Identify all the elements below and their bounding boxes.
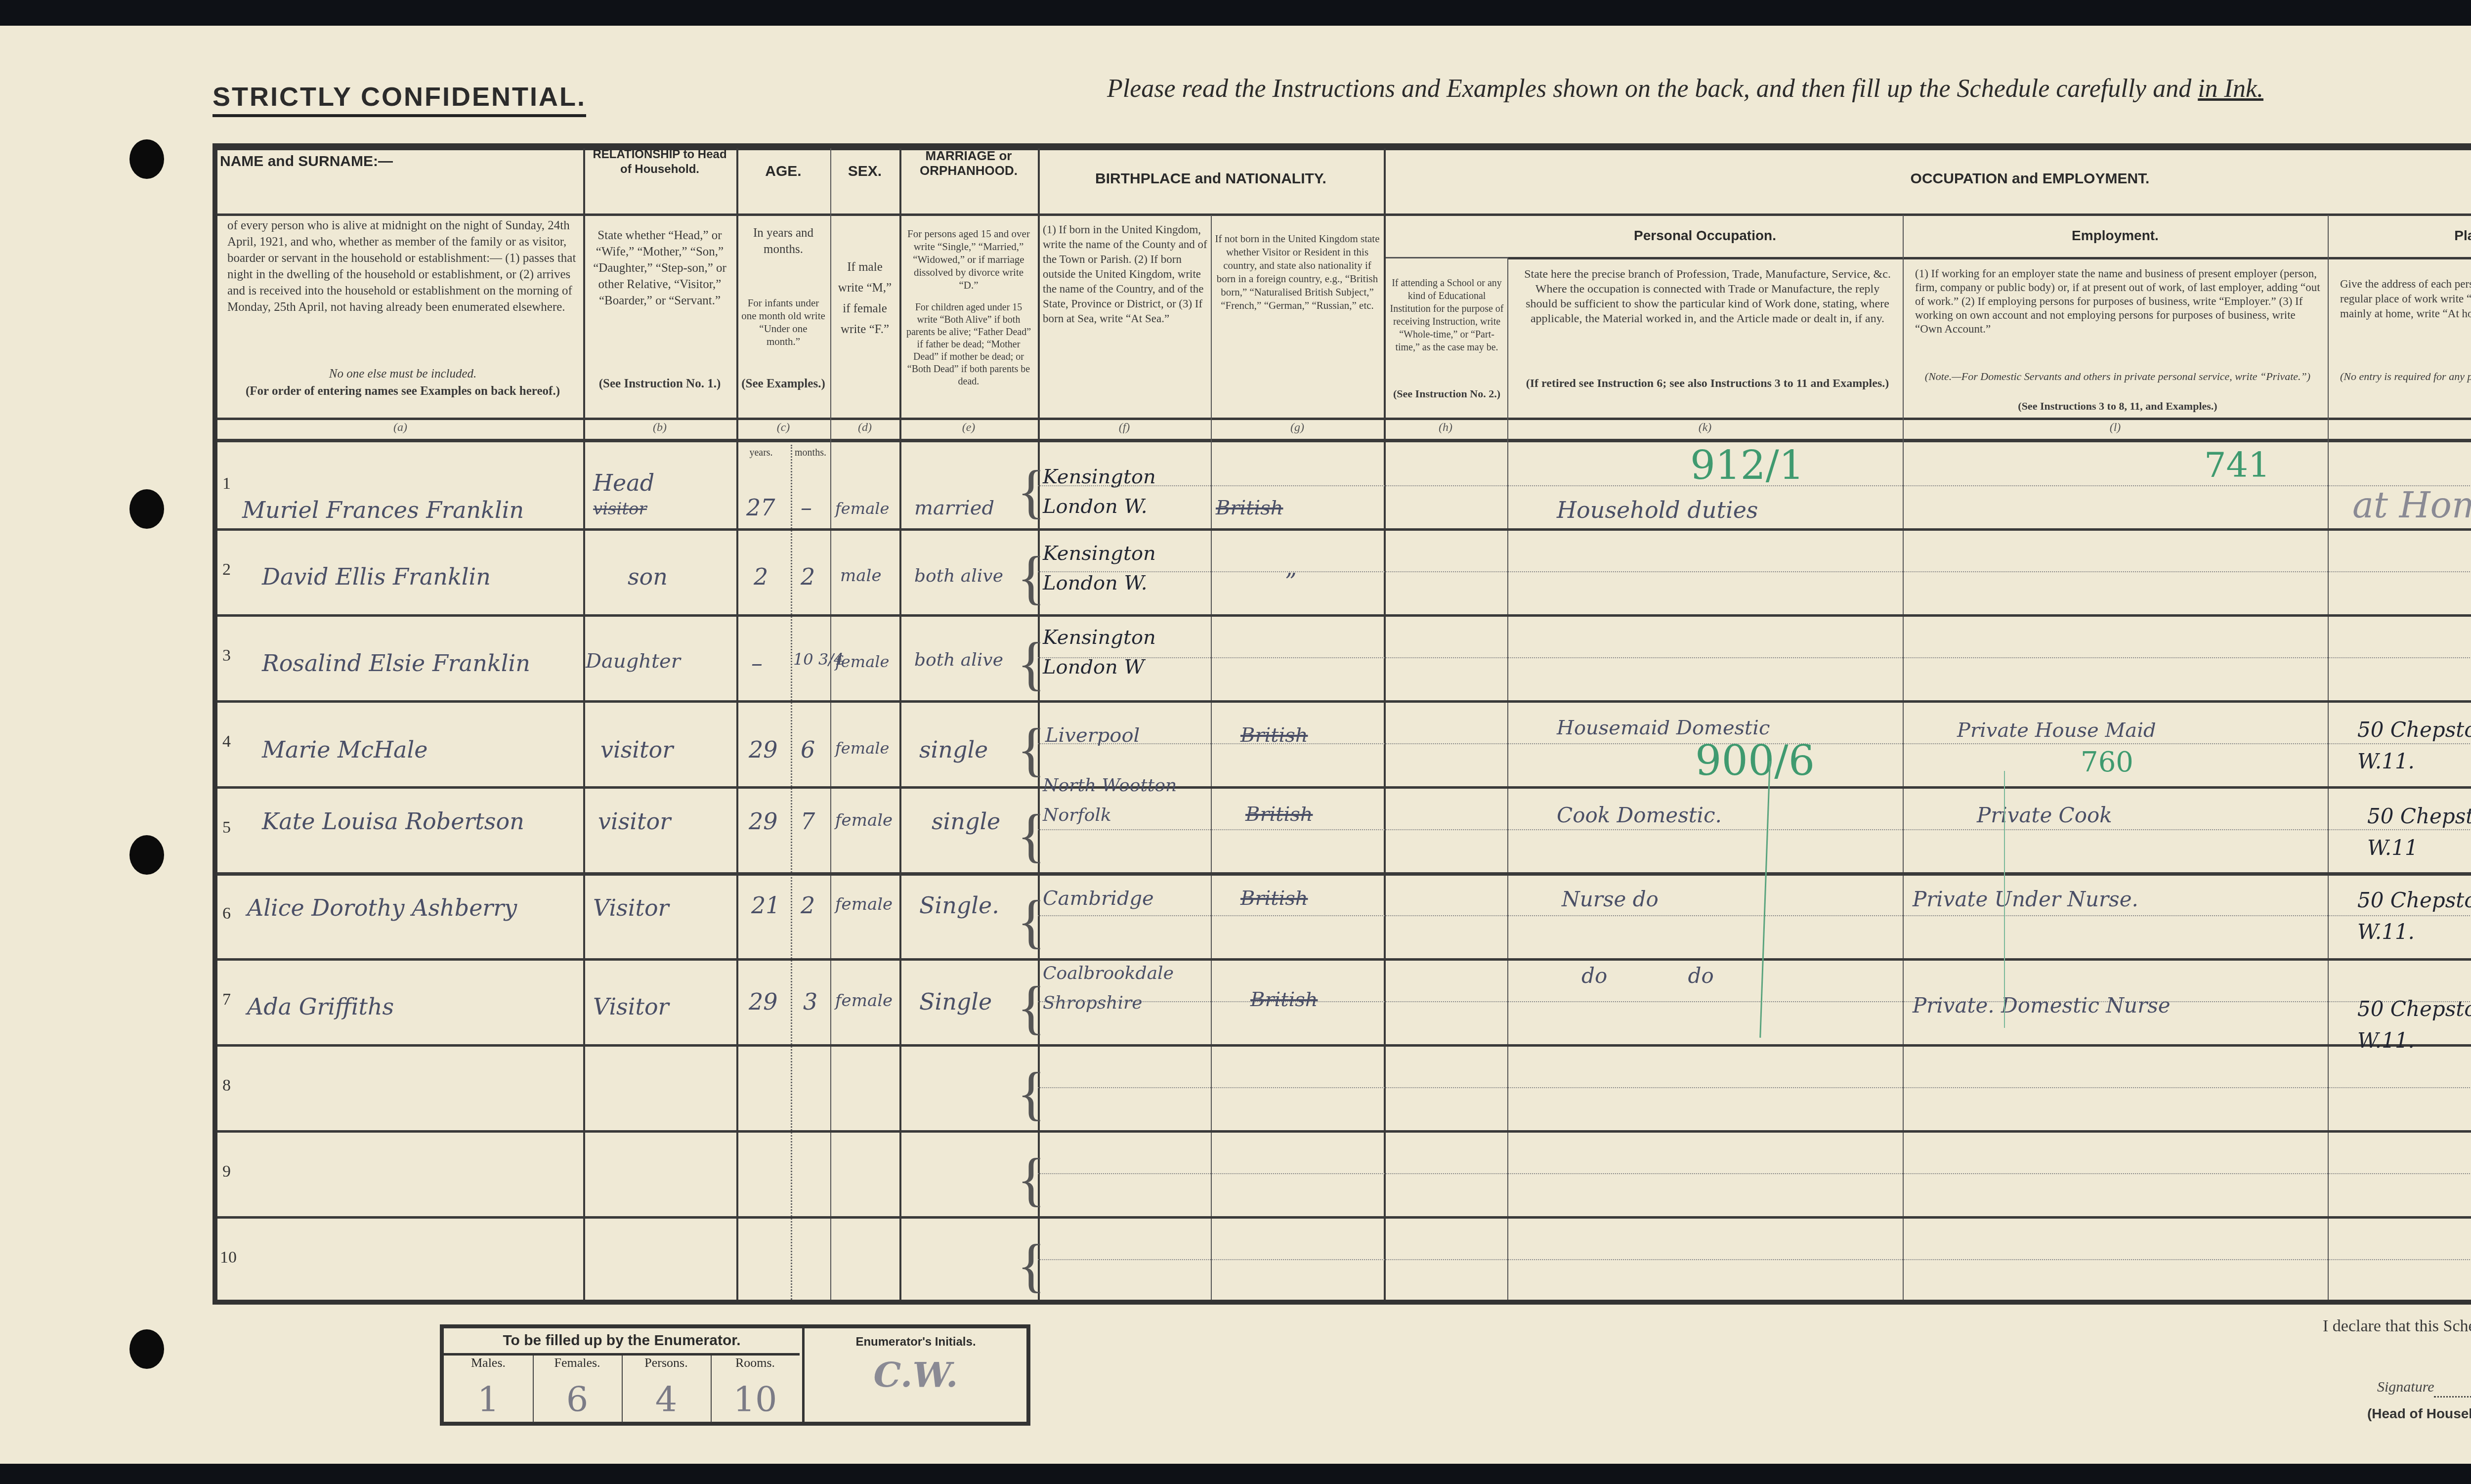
col-letter-b: (b): [583, 421, 736, 434]
age-years[interactable]: –: [751, 650, 763, 677]
row-number: 4: [222, 732, 231, 751]
nationality-struck: British: [1245, 803, 1313, 826]
relationship[interactable]: Daughter: [586, 650, 681, 673]
person-name[interactable]: David Ellis Franklin: [262, 563, 491, 590]
header-employment-foot: (See Instructions 3 to 8, 11, and Exampl…: [1915, 398, 2320, 414]
females-cell: Females.6: [533, 1356, 623, 1422]
relationship[interactable]: Visitor: [593, 993, 669, 1020]
header-relationship-body: State whether “Head,” or “Wife,” “Mother…: [588, 227, 731, 309]
occupation-code: 900/6: [1695, 736, 1815, 785]
header-name-foot: (For order of entering names see Example…: [227, 383, 578, 399]
employment[interactable]: Private Under Nurse.: [1913, 887, 2138, 911]
sex[interactable]: female: [835, 652, 889, 671]
age-years[interactable]: 2: [754, 563, 768, 590]
place-of-work[interactable]: at Home: [2352, 484, 2471, 526]
header-divider: [217, 418, 2471, 420]
header-employment: Employment.: [1905, 227, 2325, 244]
occupation[interactable]: Cook Domestic.: [1557, 803, 1722, 827]
col-letter-e: (e): [899, 421, 1038, 434]
employment-code: 760: [2081, 746, 2133, 778]
nationality-struck: British: [1250, 988, 1318, 1011]
header-personal-occupation-body: State here the precise branch of Profess…: [1522, 267, 1893, 326]
males-cell: Males.1: [444, 1356, 534, 1422]
sex[interactable]: female: [835, 991, 893, 1011]
header-personal-occupation: Personal Occupation.: [1510, 227, 1900, 244]
age-years[interactable]: 29: [749, 808, 778, 835]
sex[interactable]: female: [835, 499, 889, 518]
col-letter-a: (a): [217, 421, 583, 434]
marriage[interactable]: single: [932, 808, 1000, 835]
rooms-cell: Rooms.10: [711, 1356, 800, 1422]
header-marriage-note: For children aged under 15 write “Both A…: [904, 301, 1033, 388]
person-name[interactable]: Muriel Frances Franklin: [242, 497, 524, 523]
header-birthplace-body: (1) If born in the United Kingdom, write…: [1043, 222, 1208, 326]
person-name[interactable]: Marie McHale: [262, 736, 427, 763]
punch-hole: [129, 835, 164, 875]
col-divider: [830, 148, 831, 1300]
marriage[interactable]: married: [914, 497, 994, 519]
person-name[interactable]: Kate Louisa Robertson: [262, 808, 524, 835]
header-divider: [217, 213, 1038, 216]
persons-cell: Persons.4: [622, 1356, 712, 1422]
brace-mark: {: [1017, 720, 1046, 779]
sex[interactable]: female: [835, 894, 893, 914]
punch-hole: [129, 139, 164, 179]
header-divider: [1507, 257, 2471, 259]
header-name-body: of every person who is alive at midnight…: [227, 217, 578, 315]
age-months-label: months.: [791, 445, 830, 461]
col-letter-f: (f): [1038, 421, 1211, 434]
header-relationship-foot: (See Instruction No. 1.): [588, 376, 731, 392]
age-months[interactable]: 2: [801, 563, 815, 590]
employment[interactable]: Private Cook: [1977, 803, 2112, 827]
header-sex: SEX.: [833, 163, 897, 180]
occupation[interactable]: Household duties: [1557, 497, 1758, 523]
col-divider: [736, 148, 738, 1300]
age-years-label: years.: [739, 445, 783, 461]
place-of-work[interactable]: 50 Chepstow Villas London W.11.: [2357, 993, 2471, 1057]
age-months[interactable]: –: [801, 494, 812, 521]
header-personal-occupation-foot: (If retired see Instruction 6; see also …: [1522, 376, 1893, 392]
header-school-foot: (See Instruction No. 2.): [1389, 385, 1505, 402]
row-divider: [217, 1130, 2471, 1133]
header-occupation: OCCUPATION and EMPLOYMENT.: [1386, 170, 2471, 187]
row-number: 7: [222, 990, 231, 1009]
relationship[interactable]: Head: [593, 469, 654, 496]
person-name[interactable]: Ada Griffiths: [247, 993, 394, 1020]
enumerator-totals-box: To be filled up by the Enumerator. Males…: [440, 1324, 1030, 1426]
header-employment-body: (1) If working for an employer state the…: [1915, 267, 2320, 336]
header-bottom-rule: [217, 439, 2471, 442]
occupation[interactable]: Nurse do: [1562, 887, 1659, 911]
age-months[interactable]: 3: [803, 988, 817, 1015]
birthplace[interactable]: North Wootton Norfolk: [1043, 771, 1206, 830]
row-number: 10: [220, 1248, 237, 1267]
place-of-work[interactable]: 50 Chepstow Villas London W.11.: [2357, 714, 2471, 777]
place-of-work[interactable]: 50 Chepstow Villas London W.11.: [2357, 885, 2471, 948]
age-years[interactable]: 29: [749, 736, 778, 763]
row-number: 5: [222, 818, 231, 837]
occupation[interactable]: do do: [1581, 964, 1714, 988]
header-place-of-work-note: (No entry is required for any person who…: [2340, 368, 2471, 384]
header-relationship: RELATIONSHIP to Head of Household.: [586, 147, 734, 177]
confidential-title: STRICTLY CONFIDENTIAL.: [213, 82, 586, 117]
age-months[interactable]: 2: [801, 892, 815, 919]
col-divider: [899, 148, 901, 1300]
col-divider: [1903, 215, 1904, 1300]
brace-mark: {: [1017, 892, 1046, 951]
employment[interactable]: Private. Domestic Nurse: [1913, 993, 2171, 1018]
sex[interactable]: female: [835, 739, 889, 758]
enumerator-initials-label: Enumerator's Initials.: [805, 1335, 1027, 1349]
employment[interactable]: Private House Maid: [1957, 719, 2156, 742]
row-divider: [217, 872, 2471, 876]
header-marriage: MARRIAGE or ORPHANHOOD.: [902, 148, 1035, 178]
brace-mark: {: [1017, 548, 1046, 607]
marriage[interactable]: single: [919, 736, 988, 763]
enumerator-initials-value[interactable]: C.W.: [805, 1354, 1027, 1395]
guide-line: [1038, 571, 2471, 572]
person-name[interactable]: Rosalind Elsie Franklin: [262, 650, 530, 677]
brace-mark: {: [1017, 1064, 1046, 1123]
row-number: 8: [222, 1076, 231, 1095]
col-letter-h: (h): [1384, 421, 1507, 434]
relationship[interactable]: visitor: [600, 736, 673, 763]
header-name-note: No one else must be included.: [227, 366, 578, 382]
brace-mark: {: [1017, 806, 1046, 865]
header-employment-note: (Note.—For Domestic Servants and others …: [1915, 368, 2320, 384]
age-months[interactable]: 7: [801, 808, 815, 835]
birthplace[interactable]: Cambridge: [1043, 887, 1154, 910]
nationality-struck: British: [1240, 887, 1308, 910]
green-tally-line: [2004, 771, 2005, 1028]
declaration-text: I declare that this Schedule is correctl…: [2323, 1317, 2471, 1336]
enumerator-totals-header: To be filled up by the Enumerator.: [444, 1328, 800, 1356]
nationality-struck: British: [1216, 497, 1283, 519]
col-letter-d: (d): [830, 421, 899, 434]
brace-mark: {: [1017, 1150, 1046, 1209]
persons-value[interactable]: 4: [622, 1379, 711, 1420]
occupation-code: 912/1: [1690, 442, 1804, 488]
nationality[interactable]: ”: [1285, 568, 1297, 595]
enumerator-initials-cell: Enumerator's Initials. C.W.: [802, 1328, 1027, 1422]
place-of-work[interactable]: 50 Chepstow Villas London W.11: [2367, 801, 2471, 864]
age-years[interactable]: 21: [751, 892, 780, 919]
row-number: 3: [222, 646, 231, 665]
females-value[interactable]: 6: [533, 1379, 622, 1420]
row-divider: [217, 528, 2471, 531]
signature-label: Signature: [2377, 1379, 2434, 1396]
header-age-foot: (See Examples.): [741, 376, 825, 392]
birthplace[interactable]: Kensington London W.: [1043, 539, 1191, 598]
age-months[interactable]: 6: [801, 736, 815, 763]
guide-line: [1038, 1259, 2471, 1260]
col-divider: [1211, 215, 1212, 1300]
col-divider: [1384, 148, 1386, 1300]
brace-mark: {: [1017, 462, 1046, 521]
row-divider: [217, 614, 2471, 617]
relationship[interactable]: visitor: [598, 808, 671, 835]
brace-mark: {: [1017, 634, 1046, 693]
row-number: 2: [222, 560, 231, 579]
guide-line: [1038, 657, 2471, 658]
col-divider: [2328, 215, 2329, 1300]
header-name: NAME and SURNAME:—: [220, 153, 418, 170]
birthplace[interactable]: Kensington London W: [1043, 623, 1191, 682]
marriage[interactable]: both alive: [914, 650, 1003, 670]
sex[interactable]: male: [840, 566, 882, 586]
row-number: 6: [222, 904, 231, 923]
header-place-of-work: Place of Work.: [2330, 227, 2471, 244]
header-place-of-work-body: Give the address of each person's place …: [2340, 277, 2471, 321]
header-birthplace: BIRTHPLACE and NATIONALITY.: [1040, 170, 1381, 187]
col-letter-m: (m): [2328, 421, 2471, 434]
person-name[interactable]: Alice Dorothy Ashberry: [247, 894, 517, 921]
row-number: 1: [222, 474, 231, 493]
header-divider: [1038, 213, 2471, 216]
guide-line: [1038, 915, 2471, 916]
col-divider: [583, 148, 585, 1300]
col-letter-l: (l): [1903, 421, 2328, 434]
nationality-struck: British: [1240, 724, 1308, 747]
header-age-note: For infants under one month old write “U…: [741, 297, 825, 348]
header-marriage-body: For persons aged 15 and over write “Sing…: [904, 227, 1033, 292]
males-value[interactable]: 1: [444, 1379, 533, 1420]
guide-line: [1038, 829, 2471, 830]
marriage[interactable]: both alive: [914, 566, 1003, 586]
signature-caption: (Head of Household, Manager of Establish…: [2367, 1406, 2471, 1422]
instruction-line: Please read the Instructions and Example…: [1107, 74, 2263, 103]
relationship-struck: visitor: [593, 499, 647, 519]
col-letter-k: (k): [1507, 421, 1903, 434]
col-letter-c: (c): [736, 421, 830, 434]
rooms-value[interactable]: 10: [711, 1379, 800, 1420]
punch-hole: [129, 489, 164, 529]
marriage[interactable]: Single: [919, 988, 992, 1015]
row-divider: [217, 700, 2471, 703]
age-years[interactable]: 27: [746, 494, 775, 521]
header-age: AGE.: [739, 163, 828, 180]
brace-mark: {: [1017, 978, 1046, 1037]
header-nationality-body: If not born in the United Kingdom state …: [1213, 232, 1381, 312]
header-divider: [1384, 257, 1507, 258]
relationship[interactable]: son: [628, 563, 668, 590]
brace-mark: {: [1017, 1236, 1046, 1295]
header-school-body: If attending a School or any kind of Edu…: [1389, 277, 1505, 354]
col-letter-g: (g): [1211, 421, 1384, 434]
row-number: 9: [222, 1162, 231, 1181]
col-divider: [1507, 257, 1508, 1300]
signature-line: [2434, 1396, 2471, 1398]
row-divider: [217, 786, 2471, 789]
guide-line: [1038, 1087, 2471, 1088]
age-years[interactable]: 29: [749, 988, 778, 1015]
header-age-body: In years and months.: [741, 225, 825, 257]
row-divider: [217, 958, 2471, 961]
employment-code: 741: [2204, 445, 2270, 485]
row-divider: [217, 1044, 2471, 1047]
relationship[interactable]: Visitor: [593, 894, 669, 921]
row-divider: [217, 1216, 2471, 1219]
marriage[interactable]: Single.: [919, 892, 999, 919]
birthplace[interactable]: Coalbrookdale Shropshire: [1043, 959, 1206, 1018]
birthplace[interactable]: Liverpool: [1045, 724, 1140, 747]
birthplace[interactable]: Kensington London W.: [1043, 462, 1191, 521]
sex[interactable]: female: [835, 810, 893, 830]
header-sex-body: If male write “M,” if female write “F.”: [835, 257, 895, 340]
punch-hole: [129, 1329, 164, 1369]
guide-line: [1038, 1173, 2471, 1174]
